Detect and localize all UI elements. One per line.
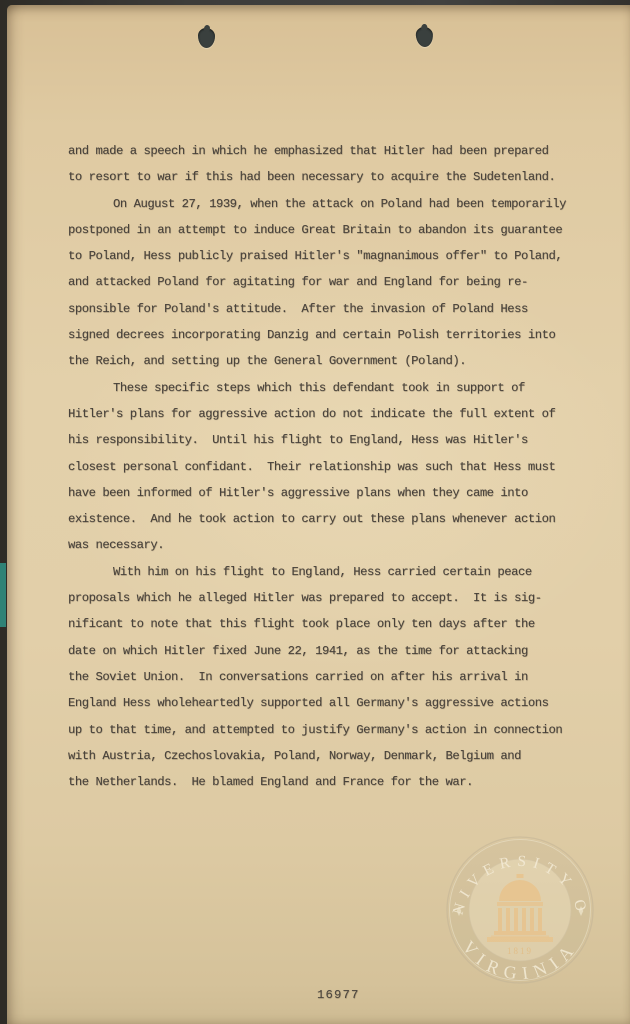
text-line: England Hess wholeheartedly supported al… <box>68 690 588 716</box>
punch-hole-right <box>415 26 433 47</box>
text-line: date on which Hitler fixed June 22, 1941… <box>68 638 588 664</box>
text-line: closest personal confidant. Their relati… <box>68 454 588 480</box>
text-line: the Reich, and setting up the General Go… <box>68 348 588 374</box>
text-line: have been informed of Hitler's aggressiv… <box>68 480 588 506</box>
punch-hole-left <box>198 28 215 48</box>
document-page: and made a speech in which he emphasized… <box>7 5 630 1024</box>
text-line: Hitler's plans for aggressive action do … <box>68 401 588 427</box>
text-line: With him on his flight to England, Hess … <box>68 559 588 585</box>
document-text: and made a speech in which he emphasized… <box>68 138 588 795</box>
seal-year-text: 1819 <box>507 946 533 956</box>
text-line: to Poland, Hess publicly praised Hitler'… <box>68 243 588 269</box>
text-line: proposals which he alleged Hitler was pr… <box>68 585 588 611</box>
text-line: was necessary. <box>68 532 588 558</box>
text-line: signed decrees incorporating Danzig and … <box>68 322 588 348</box>
tape-mark <box>0 563 6 627</box>
university-of-virginia-watermark-seal: UNIVERSITY OF VIRGINIA 1819 <box>435 825 605 995</box>
text-line: with Austria, Czechoslovakia, Poland, No… <box>68 743 588 769</box>
text-line: sponsible for Poland's attitude. After t… <box>68 296 588 322</box>
text-line: up to that time, and attempted to justif… <box>68 717 588 743</box>
text-line: and attacked Poland for agitating for wa… <box>68 269 588 295</box>
text-line: his responsibility. Until his flight to … <box>68 427 588 453</box>
text-line: These specific steps which this defendan… <box>68 375 588 401</box>
text-line: the Soviet Union. In conversations carri… <box>68 664 588 690</box>
text-line: and made a speech in which he emphasized… <box>68 138 588 164</box>
text-line: to resort to war if this had been necess… <box>68 164 588 190</box>
text-line: existence. And he took action to carry o… <box>68 506 588 532</box>
text-line: the Netherlands. He blamed England and F… <box>68 769 588 795</box>
text-line: nificant to note that this flight took p… <box>68 611 588 637</box>
text-line: postponed in an attempt to induce Great … <box>68 217 588 243</box>
page-number: 16977 <box>317 988 360 1002</box>
text-line: On August 27, 1939, when the attack on P… <box>68 191 588 217</box>
